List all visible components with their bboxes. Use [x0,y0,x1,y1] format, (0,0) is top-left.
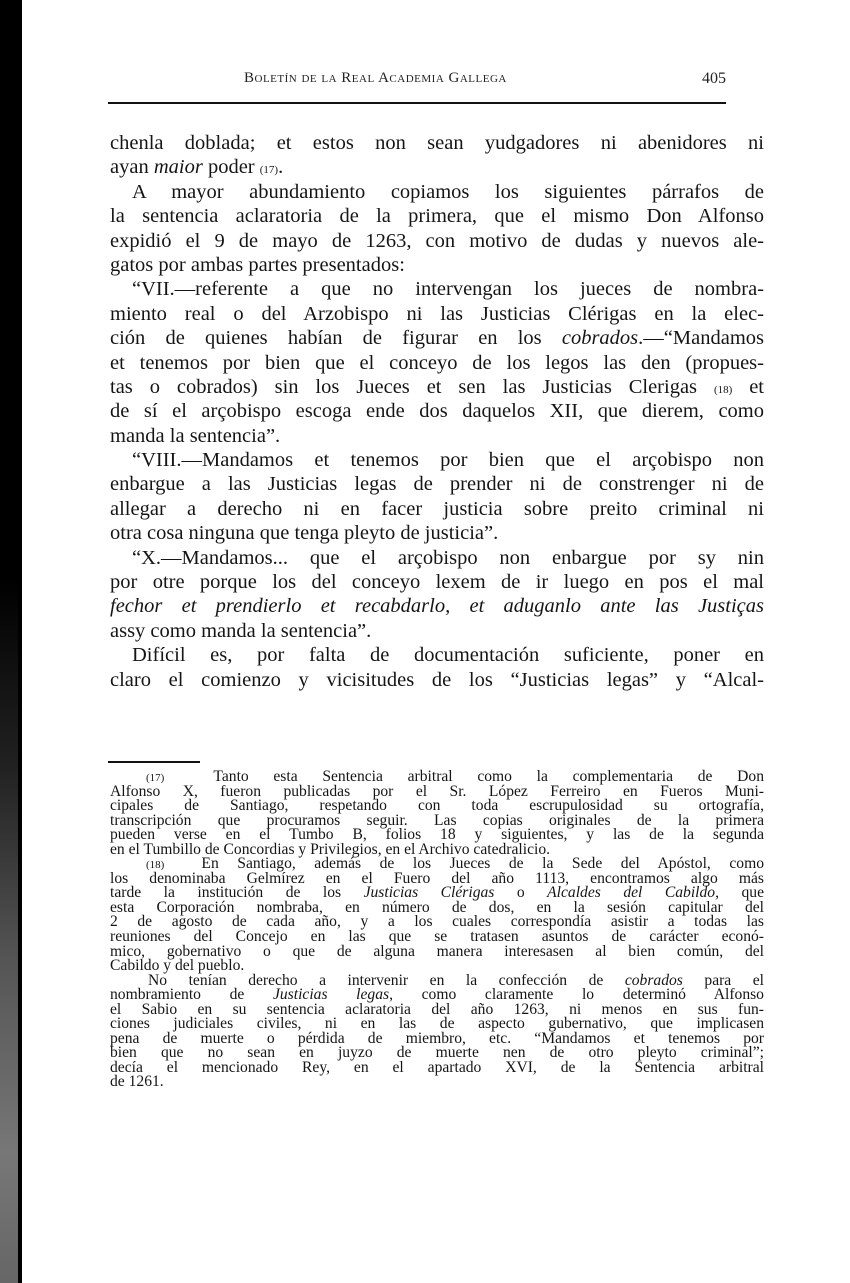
page-number: 405 [702,70,726,88]
text-line: et tenemos por bien que el conceyo de lo… [110,351,764,375]
text-line: expidió el 9 de mayo de 1263, con motivo… [110,229,764,253]
text-line: gatos por ambas partes presentados: [110,253,764,277]
text-line: enbargue a las Justicias legas de prende… [110,472,764,496]
text-line: tas o cobrados) sin los Jueces et sen la… [110,375,764,399]
text-line: por otre porque los del conceyo lexem de… [110,570,764,594]
text-line: de sí el arçobispo escoga ende dos daque… [110,399,764,423]
footnote-line: decía el mencionado Rey, en el apartado … [110,1061,764,1076]
text-line: “VII.—referente a que no intervengan los… [110,277,764,301]
text-line: allegar a derecho ni en facer justicia s… [110,497,764,521]
text-line: fechor et prendierlo et recabdarlo, et a… [110,594,764,618]
text-line: ayan maior poder (17). [110,155,764,179]
scan-binding-edge [0,0,22,1283]
text-line: “VIII.—Mandamos et tenemos por bien que … [110,448,764,472]
footnote-line: de 1261. [110,1075,764,1090]
running-title: Boletín de la Real Academia Gallega [244,70,507,87]
main-text: chenla doblada; et estos non sean yudgad… [110,131,764,692]
footnote-rule [108,761,200,763]
text-line: miento real o del Arzobispo ni las Justi… [110,302,764,326]
text-line: chenla doblada; et estos non sean yudgad… [110,131,764,155]
text-line: claro el comienzo y vicisitudes de los “… [110,668,764,692]
text-line: otra cosa ninguna que tenga pleyto de ju… [110,521,764,545]
text-line: Difícil es, por falta de documentación s… [110,643,764,667]
text-line: assy como manda la sentencia”. [110,619,764,643]
header-rule [108,102,726,104]
text-line: “X.—Mandamos... que el arçobispo non enb… [110,546,764,570]
text-line: la sentencia aclaratoria de la primera, … [110,204,764,228]
text-line: manda la sentencia”. [110,424,764,448]
footnotes: (17) Tanto esta Sentencia arbitral como … [110,770,764,1090]
text-line: ción de quienes habían de figurar en los… [110,326,764,350]
page-header: Boletín de la Real Academia Gallega 405 [108,70,728,92]
text-line: A mayor abundamiento copiamos los siguie… [110,180,764,204]
